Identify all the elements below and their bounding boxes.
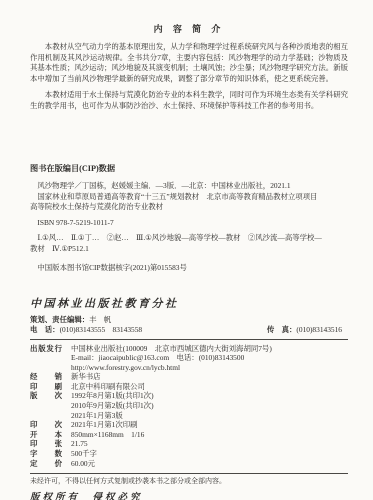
imprint-row-distributor: 经销 新华书店: [30, 372, 348, 382]
imprint-label: 印张: [30, 439, 62, 449]
phone-line: 电 话：(010)83143555 83143558: [30, 325, 142, 335]
permission-notice: 未经许可，不得以任何方式复制或抄袭本书之部分或全部内容。: [30, 477, 348, 486]
imprint-row-printing: 印次 2021年1月第1次印刷: [30, 420, 348, 430]
imprint-label: 出版发行: [30, 344, 62, 373]
fax-number: (010)83143516: [296, 325, 342, 334]
imprint-row-publisher: 出版发行 中国林业出版社(100009 北京市西城区德内大街刘海胡同7号) E-…: [30, 344, 348, 373]
editors-label: 策划、责任编辑：: [30, 315, 89, 324]
copyright-page: 内 容 简 介 本教材从空气动力学的基本原理出发，从力学和物理学过程系统研究风与…: [0, 0, 373, 500]
imprint-row-edition: 版次 1992年8月第1版(共印1次) 2010年9月第2版(共印1次) 202…: [30, 391, 348, 420]
imprint-row-printer: 印刷 北京中科印刷有限公司: [30, 382, 348, 392]
imprint-row-format: 开本 850mm×1168mm 1/16: [30, 430, 348, 440]
cip-series-line: 国家林业和草原局普通高等教育“十三五”规划教材 北京市高等教育精品教材立项项目: [30, 192, 348, 203]
imprint-row-sheets: 印张 21.75: [30, 439, 348, 449]
imprint-label: 经销: [30, 372, 62, 382]
cip-bibliographic-line: 风沙物理学／丁国栋，赵媛媛主编．—3版．—北京：中国林业出版社，2021.1: [30, 181, 348, 192]
imprint-value: 60.00元: [71, 459, 348, 469]
imprint-value: 新华书店: [71, 372, 348, 382]
divider-bottom: [30, 473, 348, 474]
editors-name: 丰 帆: [89, 315, 111, 324]
publisher-email: E-mail：jiaocaipublic@163.com 电话：(010)831…: [71, 353, 348, 363]
summary-paragraph-1: 本教材从空气动力学的基本原理出发，从力学和物理学过程系统研究风与各种沙质地表的相…: [30, 42, 348, 84]
imprint-value: 850mm×1168mm 1/16: [71, 430, 348, 440]
imprint-label: 定价: [30, 459, 62, 469]
publisher-address: 中国林业出版社(100009 北京市西城区德内大街刘海胡同7号): [71, 344, 348, 354]
imprint-label: 印次: [30, 420, 62, 430]
cip-classification-line: Ⅰ.①风… Ⅱ.①丁… ②赵… Ⅲ.①风沙地貌—高等学校—教材 ②风沙流—高等学…: [30, 233, 348, 244]
imprint-label: 字数: [30, 449, 62, 459]
imprint-table: 出版发行 中国林业出版社(100009 北京市西城区德内大街刘海胡同7号) E-…: [30, 344, 348, 469]
cip-classification-line-2: 教材 Ⅳ.①P512.1: [30, 244, 348, 255]
edition-2: 2010年9月第2版(共印1次): [71, 401, 348, 411]
imprint-label: 印刷: [30, 382, 62, 392]
imprint-value: 中国林业出版社(100009 北京市西城区德内大街刘海胡同7号) E-mail：…: [71, 344, 348, 373]
fax-label: 传 真：: [267, 325, 297, 334]
divider-top: [30, 339, 348, 340]
imprint-value: 北京中科印刷有限公司: [71, 382, 348, 392]
edition-1: 1992年8月第1版(共印1次): [71, 391, 348, 401]
phone-label: 电 话：: [30, 325, 60, 334]
phone-numbers: (010)83143555 83143558: [60, 325, 143, 334]
isbn: ISBN 978-7-5219-1011-7: [30, 218, 348, 229]
contact-row: 电 话：(010)83143555 83143558 传 真：(010)8314…: [30, 325, 348, 335]
cip-block: 图书在版编目(CIP)数据 风沙物理学／丁国栋，赵媛媛主编．—3版．—北京：中国…: [30, 163, 348, 274]
imprint-row-price: 定价 60.00元: [30, 459, 348, 469]
imprint-value: 21.75: [71, 439, 348, 449]
copyright-statement: 版权所有 侵权必究: [30, 489, 348, 500]
imprint-row-wordcount: 字数 500千字: [30, 449, 348, 459]
publisher-url: http://www.forestry.gov.cn/lycb.html: [71, 363, 348, 373]
imprint-value: 500千字: [71, 449, 348, 459]
edition-3: 2021年1月第3版: [71, 411, 348, 421]
imprint-value: 2021年1月第1次印刷: [71, 420, 348, 430]
imprint-value: 1992年8月第1版(共印1次) 2010年9月第2版(共印1次) 2021年1…: [71, 391, 348, 420]
imprint-label: 版次: [30, 391, 62, 420]
cip-title: 图书在版编目(CIP)数据: [30, 163, 348, 174]
editors-line: 策划、责任编辑：丰 帆: [30, 315, 348, 325]
fax-line: 传 真：(010)83143516: [267, 325, 342, 335]
summary-paragraph-2: 本教材适用于水土保持与荒漠化防治专业的本科生教学，同时可作为环境生态类有关学科研…: [30, 90, 348, 111]
content-summary-title: 内 容 简 介: [30, 22, 348, 35]
publisher-education-branch: 中国林业出版社教育分社: [30, 295, 348, 311]
cip-series-line-2: 高等院校水土保持与荒漠化防治专业教材: [30, 202, 348, 213]
cip-registry-number: 中国版本图书馆CIP数据核字(2021)第015583号: [30, 263, 348, 274]
imprint-label: 开本: [30, 430, 62, 440]
